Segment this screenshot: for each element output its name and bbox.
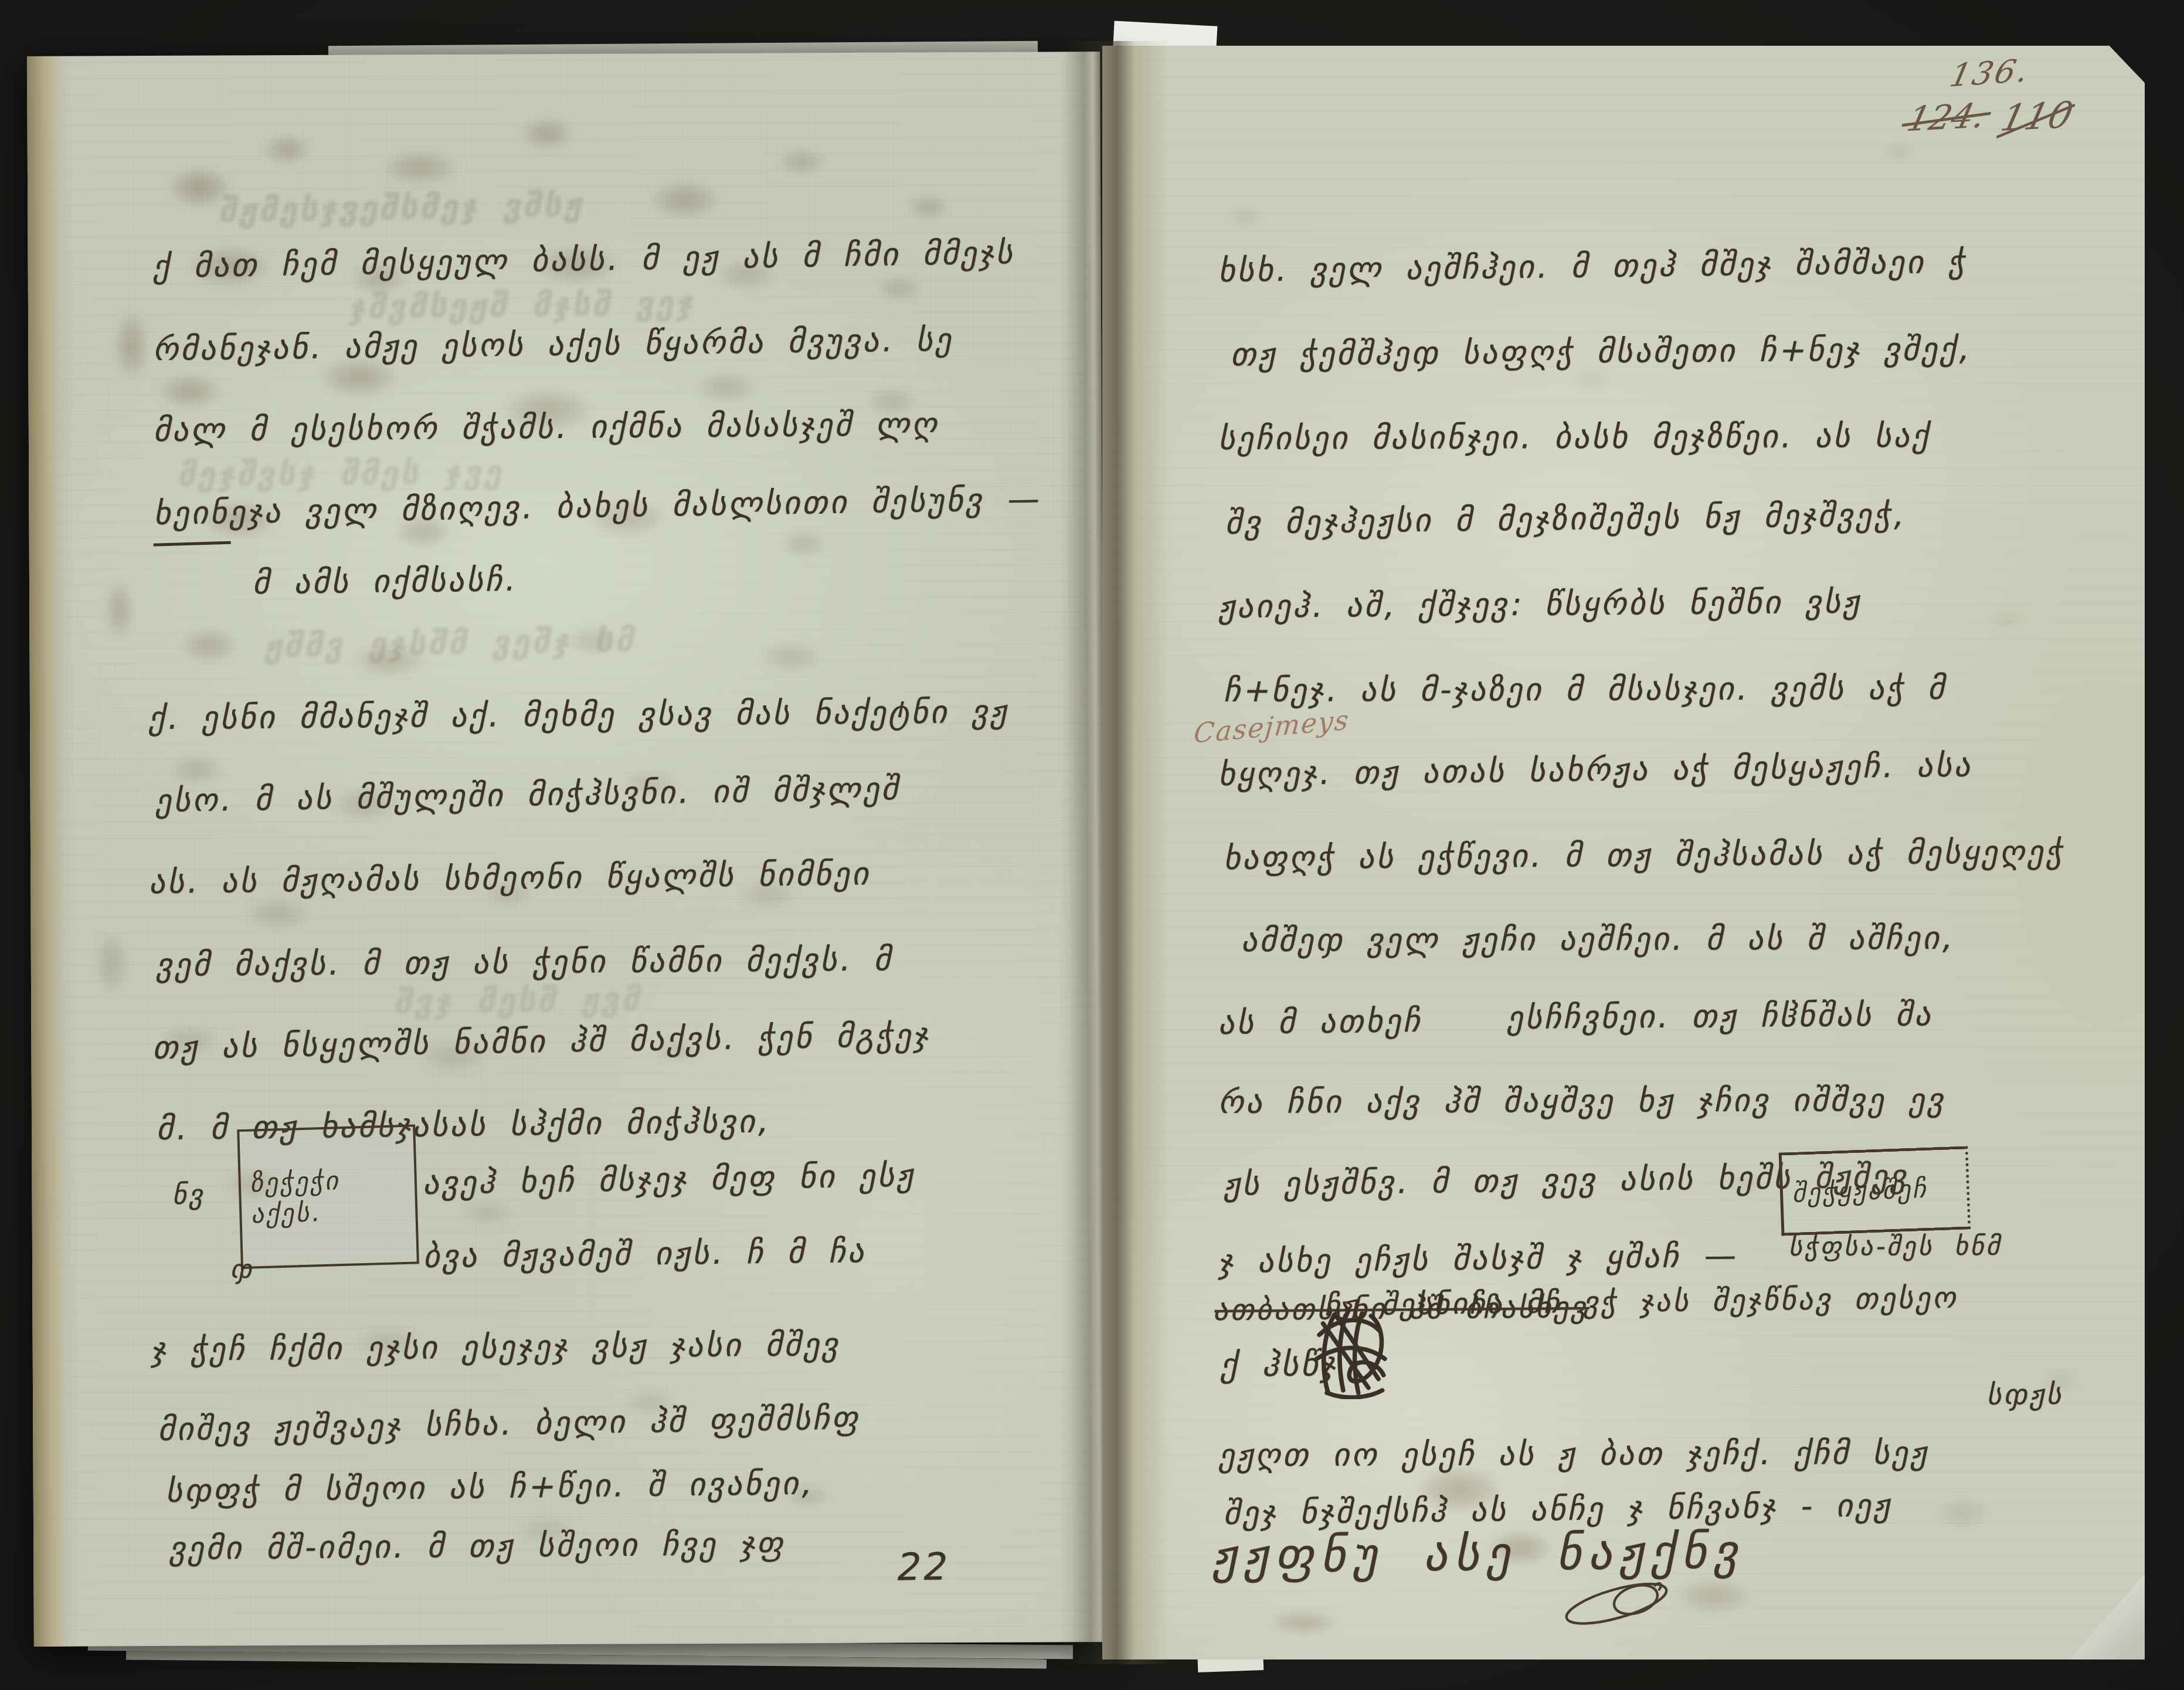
handwritten-line: ჟაიეჰ. აშ, ქშჯევ: წსყრბს ნეშნი ვსჟ: [1216, 583, 1867, 625]
boxed-annotation-line: ზეჭეჭი: [249, 1166, 344, 1199]
handwritten-line: სეჩისეი მასინჯეი. ბასხ მეჯზწეი. ას საქ: [1216, 418, 1936, 457]
ink-stain: [521, 117, 573, 150]
handwritten-line: ჩ+ნეჯ. ას მ-ჯაზეი მ მსასჯეი. ვემს აჭ მ: [1221, 669, 1952, 708]
handwritten-line: ესო. მ ას მშულეში მიჭჰსვნი. იშ მშჯლეშ: [153, 770, 905, 819]
handwritten-line: თჟ ას ნსყელშს ნამნი ჰშ მაქვს. ჭენ მგჭეჯ: [151, 1016, 936, 1066]
folio-numbers: 136. 124. 110: [1908, 55, 2072, 138]
handwritten-line: მალ მ ესესხორ შჭამს. იქმნა მასასჯეშ ლღ: [151, 406, 945, 449]
manuscript-scan: ქ მათ ჩემ მესყეულ ბასს. მ ეჟ ას მ ჩმი მმ…: [0, 0, 2184, 1690]
ink-stain: [114, 310, 150, 381]
show-through-ghost-line: შვჯ მესშ ჟვმ: [392, 980, 647, 1020]
handwritten-line: ესჩჩვნეი. თჟ ჩჱნშას შა: [1505, 996, 1939, 1037]
ink-stain: [1936, 1498, 1989, 1528]
handwritten-line: მ ამს იქმსასჩ.: [251, 561, 522, 602]
ink-stain: [104, 581, 134, 639]
ink-stain: [95, 931, 127, 995]
boxed-annotation: შეჭყჟაშეჩ: [1778, 1146, 1971, 1236]
handwritten-line: ხყღეჯ. თჟ ათას სახრჟა აჭ მესყაჟეჩ. ასა: [1217, 746, 1978, 793]
handwritten-line: ჯ ჭეჩ ჩქმი ეჯსი ესეჯეჯ ვსჟ ჯასი მშევ: [149, 1326, 845, 1368]
boxed-annotation-line: შეჭყჟაშეჩ: [1791, 1174, 1931, 1209]
handwritten-line: სჶჟს: [1985, 1378, 2068, 1411]
show-through-ghost-line: შჟმესჯვეშსმეჯ ვშსჟ: [217, 186, 589, 229]
handwritten-line: რა ჩნი აქვ ჰშ შაყშვე ხჟ ჯჩივ იშშვე ევ: [1216, 1081, 1951, 1120]
ink-stain: [759, 642, 824, 674]
handwritten-line: ქ მათ ჩემ მესყეულ ბასს. მ ეჟ ას მ ჩმი მმ…: [151, 234, 1020, 285]
show-through-ghost-line: ჟშმვ ეჯსშმ ვეშჯ სმ: [262, 622, 641, 665]
handwritten-line: ვემი მშ-იმეი. მ თჟ სშეოი ჩვე ჯფ: [167, 1525, 791, 1567]
handwritten-line: სჭფსა-შეს ხნმ: [1787, 1231, 2006, 1261]
folio-current: 136.: [1947, 52, 2033, 94]
handwritten-line: სჶფჭ მ სშეოი ას ჩ+წეი. შ ივანეი,: [164, 1465, 818, 1510]
handwritten-line: ეჟღთ იო ესეჩ ას ჟ ბათ ჯეჩქ. ქჩმ სეჟ: [1216, 1434, 1934, 1474]
ink-stain: [780, 530, 827, 556]
ink-stain: [1571, 368, 1612, 389]
handwritten-line: ჯ ასხე ეჩჟს შასჯშ ჯ ყშაჩ —: [1217, 1237, 1743, 1280]
boxed-annotation: ზეჭეჭი აქეს.: [237, 1124, 419, 1269]
flourish-tail: ჶ: [229, 1254, 259, 1285]
handwritten-line: თჟ ჭემშჰეჶ საფღჭ მსაშეთი ჩ+ნეჯ ვშექ,: [1229, 330, 1976, 373]
ink-stain: [875, 275, 922, 301]
handwritten-line: ბვა მჟვამეშ იჟს. ჩ მ ჩა: [421, 1233, 871, 1275]
ink-stain: [650, 181, 720, 219]
ink-stain: [263, 134, 310, 164]
handwritten-line: ნვ: [171, 1178, 210, 1210]
handwritten-line: ხსხ. ველ აეშჩჰეი. მ თეჰ მშეჯ შამშაეი ჭ: [1217, 243, 1972, 290]
ink-stain: [157, 374, 222, 409]
folio-new-crossed: 110: [1997, 93, 2077, 140]
signature-flourish-icon: [1546, 1580, 1687, 1626]
royal-monogram-icon: [1306, 1298, 1398, 1399]
ink-stain: [694, 371, 758, 403]
handwritten-line: შეჯ ნჯშექსჩჰ ას ანჩე ჯ ნჩვანჯ - იეჟ: [1221, 1487, 1897, 1532]
ink-stain: [180, 628, 239, 663]
ink-stain: [779, 148, 826, 175]
catchword-number: 22: [893, 1545, 954, 1589]
ink-stain: [1988, 610, 2023, 628]
boxed-annotation-line: აქეს.: [250, 1197, 325, 1230]
ink-stain: [1227, 207, 1262, 228]
ink-stain: [461, 1199, 514, 1226]
handwritten-line: ჩჟ შესნიჩა მჩ ვჭ ჯას შეჯწნავ თესეო: [1323, 1281, 1963, 1322]
handwritten-line: ხაფღჭ ას ეჭწევი. მ თჟ შეჰსამას აჭ მესყეღ…: [1221, 833, 2070, 877]
marginal-note-red-ink: Casejmeys: [1193, 704, 1351, 749]
handwritten-line: ავეჰ ხეჩ მსჯეჯ მეფ ნი ესჟ: [421, 1156, 921, 1202]
handwritten-line: მიშევ ჟეშვაეჯ სჩხა. ბელი ჰშ ფეშმსჩფ: [156, 1399, 865, 1448]
handwritten-line: ამშეჶ ველ ჟეჩი აეშჩეი. მ ას შ აშჩეი,: [1239, 919, 1959, 959]
signature-line: ჟჟფნუ ასე ნაჟქნვ: [1210, 1524, 1753, 1583]
handwritten-line: ვემ მაქვს. მ თჟ ას ჭენი წამნი მექვს. მ: [154, 941, 898, 983]
ink-stain: [245, 898, 310, 930]
left-page: ქ მათ ჩემ მესყეულ ბასს. მ ეჟ ას მ ჩმი მმ…: [27, 52, 1107, 1647]
folio-old-crossed: 124.: [1903, 96, 1989, 140]
handwritten-line: ას მ ათხეჩ: [1217, 1002, 1428, 1041]
ink-stain: [1884, 142, 1914, 160]
handwritten-line: ას. ას მჟღამას სხმეონი წყალშს ნიმნეი: [147, 855, 876, 901]
handwritten-line: რმანეჯან. ამჟე ესოს აქეს წყარმა მვუვა. ს…: [151, 321, 959, 368]
right-page: 136. 124. 110 Casejmeys ხსხ. ველ აეშჩჰეი…: [1102, 46, 2145, 1660]
show-through-ghost-line: ჯშვმსეჟშ მჯსშ ვეჯ: [347, 284, 701, 325]
handwritten-line: შვ მეჯჰეჟსი მ მეჯზიშეშეს ნჟ მეჯშვეჭ,: [1224, 496, 1911, 541]
ink-stain: [382, 150, 458, 186]
show-through-ghost-line: მეჯშვსჯ შმეს ჯვე: [175, 454, 510, 493]
underline-mark: [154, 541, 231, 547]
handwritten-line: ქ. ესნი მმანეჯშ აქ. მეხმე ვსავ მას ნაქეტ…: [147, 693, 1014, 737]
ink-stain: [908, 195, 949, 219]
ink-stain: [1269, 1611, 1339, 1634]
ink-stain: [169, 755, 222, 785]
